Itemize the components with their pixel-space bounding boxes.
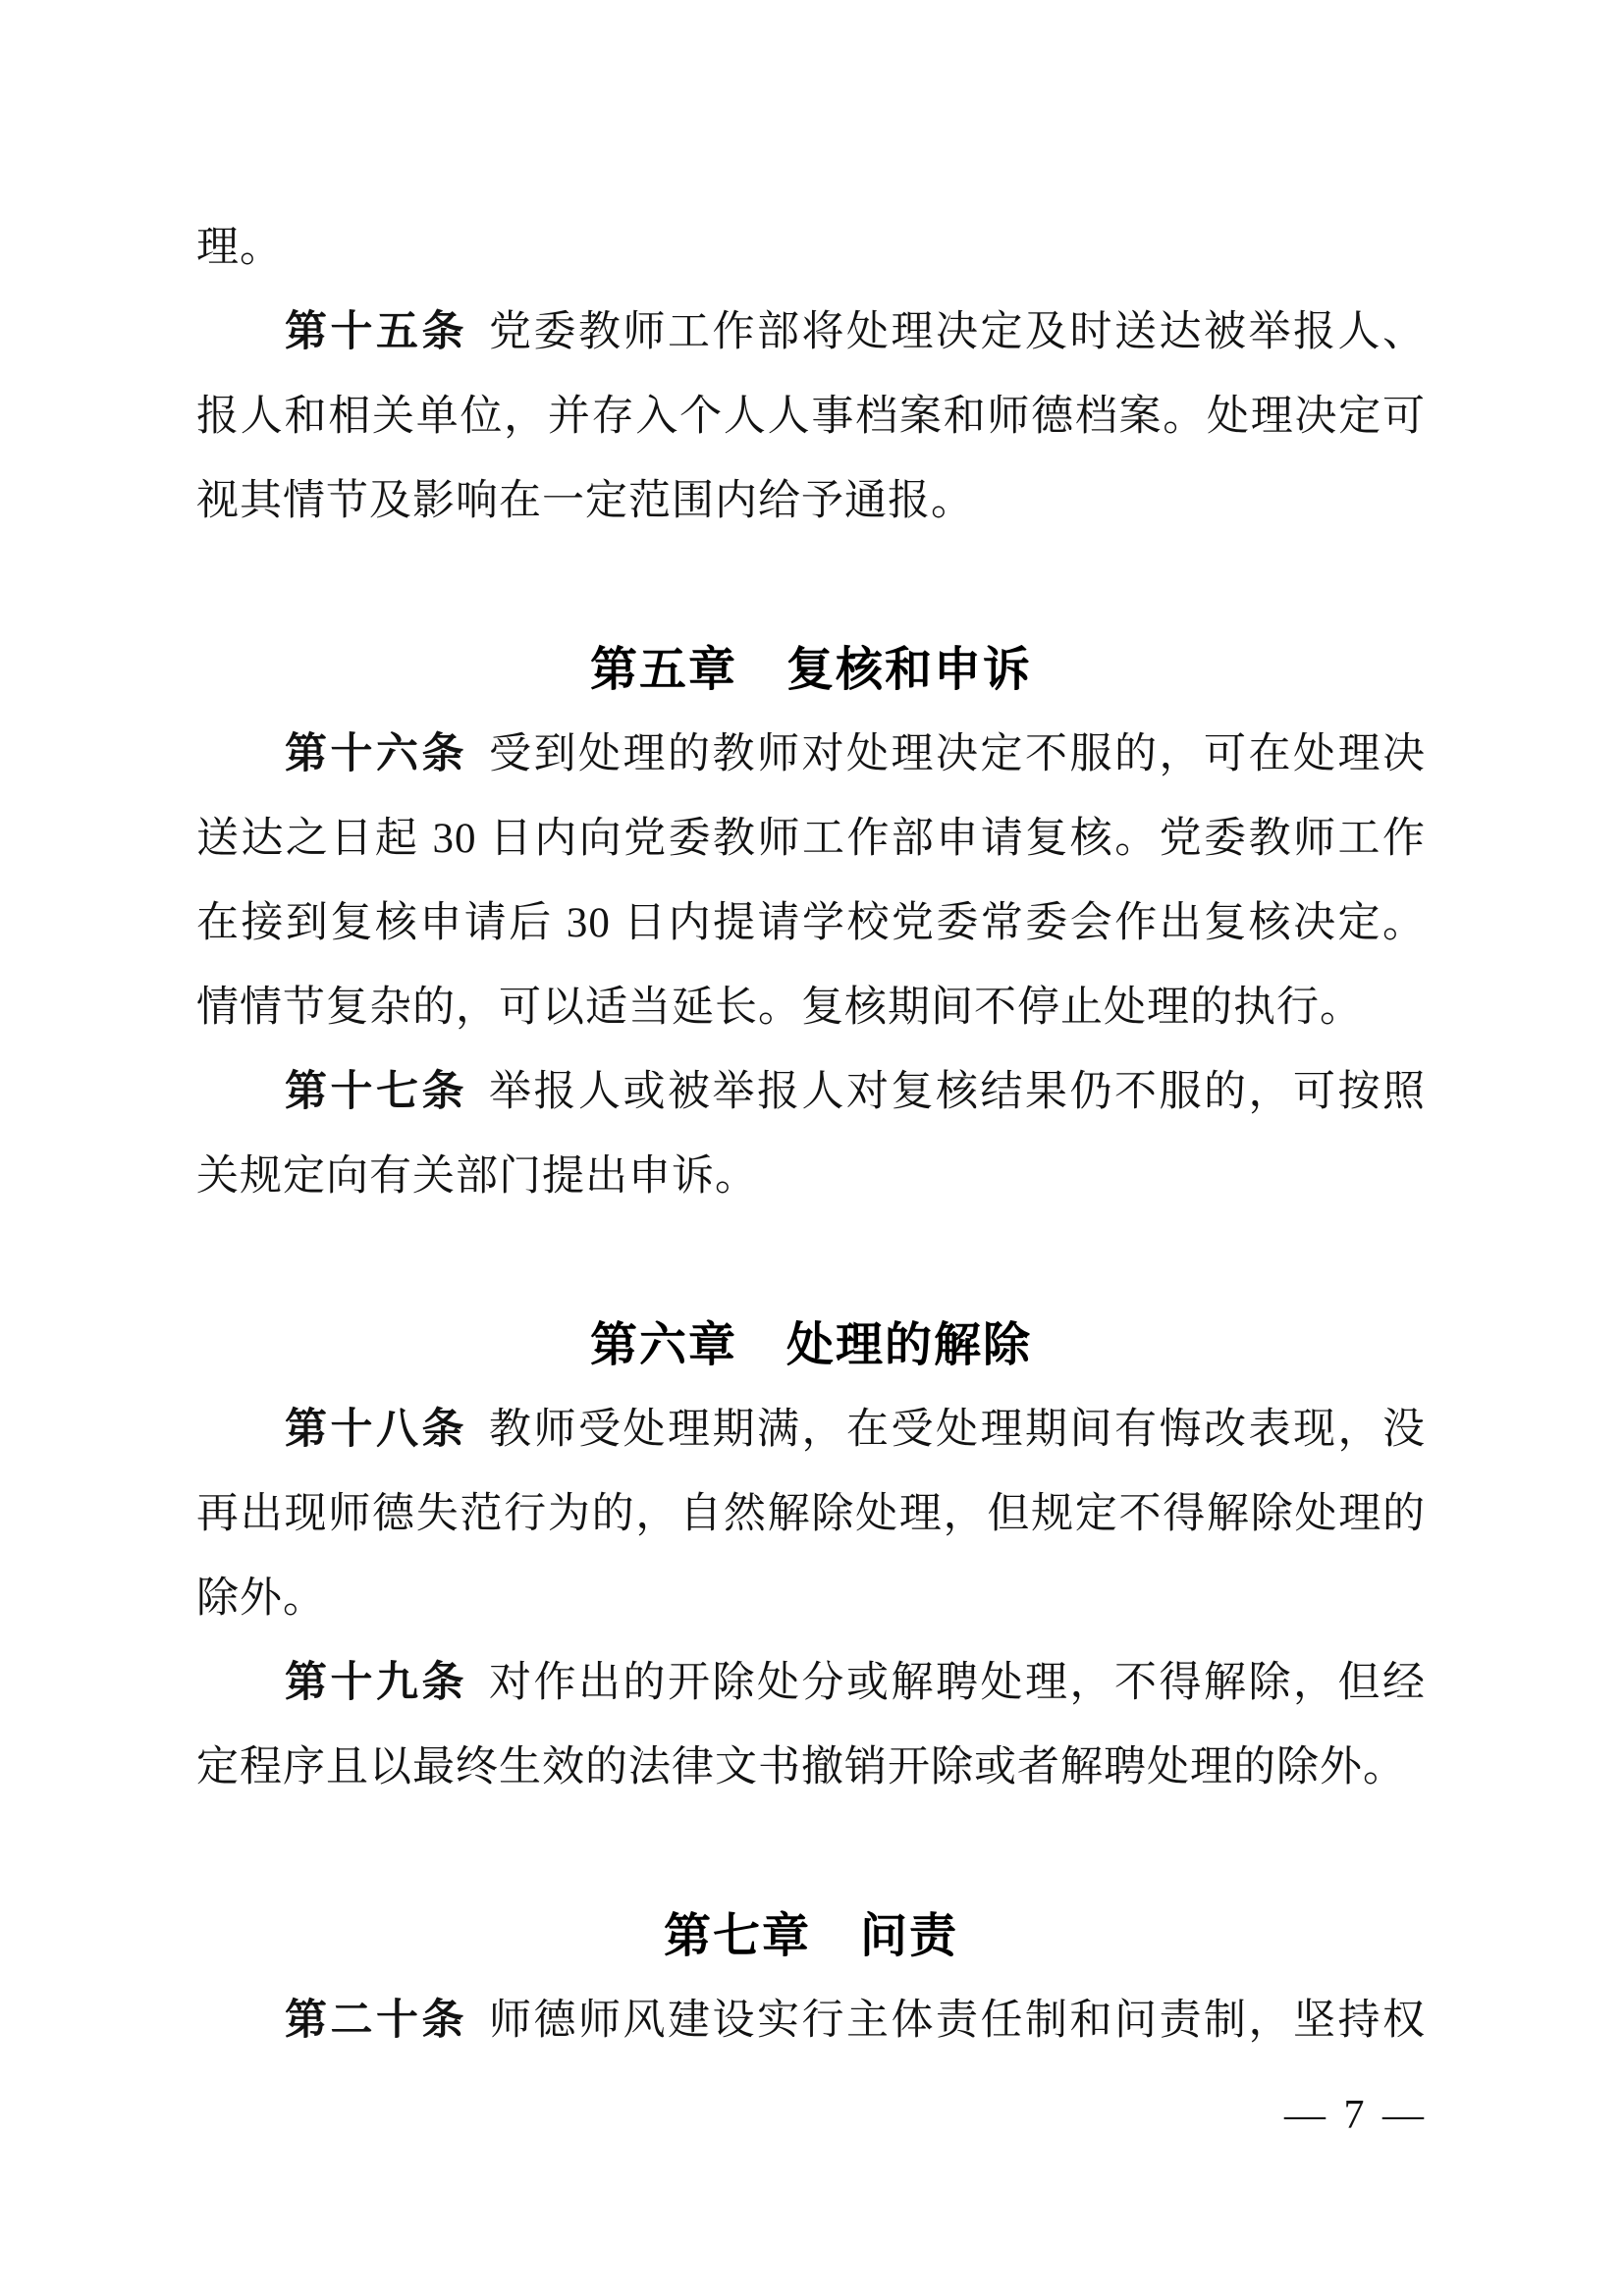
- article-15-first-line: 第十五条党委教师工作部将处理决定及时送达被举报人、举: [196, 291, 1426, 375]
- chapter-5-heading: 第五章 复核和申诉: [196, 628, 1426, 713]
- article-16-line: 在接到复核申请后 30 日内提请学校党委常委会作出复核决定。事: [196, 881, 1426, 966]
- article-18-last-line: 除外。: [196, 1557, 1426, 1641]
- article-20-first-line: 第二十条师德师风建设实行主体责任制和问责制，坚持权责: [196, 1979, 1426, 2063]
- text-block: 理。 第十五条党委教师工作部将处理决定及时送达被举报人、举 报人和相关单位，并存…: [196, 206, 1426, 2063]
- line-text: 关规定向有关部门提出申诉。: [196, 1153, 758, 1200]
- article-16-last-line: 情情节复杂的，可以适当延长。复核期间不停止处理的执行。: [196, 966, 1426, 1050]
- line-text: 报人和相关单位，并存入个人人事档案和师德档案。处理决定可: [196, 394, 1426, 440]
- paragraph-continuation-line: 理。: [196, 206, 1426, 291]
- article-20-label: 第二十条: [285, 1998, 467, 2044]
- chapter-6-heading: 第六章 处理的解除: [196, 1304, 1426, 1388]
- article-17-first-line: 第十七条举报人或被举报人对复核结果仍不服的，可按照相: [196, 1050, 1426, 1135]
- heading-text: 第七章 问责: [664, 1910, 958, 1962]
- blank-line: [196, 1810, 1426, 1895]
- blank-line: [196, 544, 1426, 628]
- article-18-label: 第十八条: [285, 1407, 467, 1453]
- article-15-line: 报人和相关单位，并存入个人人事档案和师德档案。处理决定可: [196, 375, 1426, 459]
- heading-text: 第五章 复核和申诉: [590, 644, 1032, 696]
- line-text: 再出现师德失范行为的，自然解除处理，但规定不得解除处理的: [196, 1491, 1426, 1537]
- line-text: 定程序且以最终生效的法律文书撤销开除或者解聘处理的除外。: [196, 1744, 1406, 1790]
- article-17-last-line: 关规定向有关部门提出申诉。: [196, 1135, 1426, 1219]
- article-18-line: 再出现师德失范行为的，自然解除处理，但规定不得解除处理的: [196, 1472, 1426, 1557]
- article-19-last-line: 定程序且以最终生效的法律文书撤销开除或者解聘处理的除外。: [196, 1726, 1426, 1810]
- line-text: 除外。: [196, 1575, 326, 1622]
- page-number: — 7 —: [1284, 2091, 1428, 2140]
- article-19-first-line: 第十九条对作出的开除处分或解聘处理，不得解除，但经法: [196, 1641, 1426, 1726]
- article-16-first-line: 第十六条受到处理的教师对处理决定不服的，可在处理决定: [196, 713, 1426, 797]
- article-15-label: 第十五条: [285, 309, 467, 355]
- article-18-first-line: 第十八条教师受处理期满，在受处理期间有悔改表现，没有: [196, 1388, 1426, 1472]
- line-text: 在接到复核申请后 30 日内提请学校党委常委会作出复核决定。事: [196, 900, 1426, 966]
- line-text: 理。: [196, 225, 283, 271]
- line-text: 视其情节及影响在一定范围内给予通报。: [196, 478, 974, 524]
- heading-text: 第六章 处理的解除: [590, 1319, 1032, 1371]
- article-16-label: 第十六条: [285, 731, 467, 777]
- article-17-label: 第十七条: [285, 1069, 467, 1115]
- article-16-line: 送达之日起 30 日内向党委教师工作部申请复核。党委教师工作部: [196, 797, 1426, 881]
- chapter-7-heading: 第七章 问责: [196, 1895, 1426, 1979]
- article-19-label: 第十九条: [285, 1660, 467, 1706]
- document-page: 理。 第十五条党委教师工作部将处理决定及时送达被举报人、举 报人和相关单位，并存…: [0, 0, 1624, 2296]
- line-text: 情情节复杂的，可以适当延长。复核期间不停止处理的执行。: [196, 985, 1363, 1031]
- blank-line: [196, 1219, 1426, 1304]
- article-15-last-line: 视其情节及影响在一定范围内给予通报。: [196, 459, 1426, 544]
- line-text: 送达之日起 30 日内向党委教师工作部申请复核。党委教师工作部: [196, 816, 1426, 881]
